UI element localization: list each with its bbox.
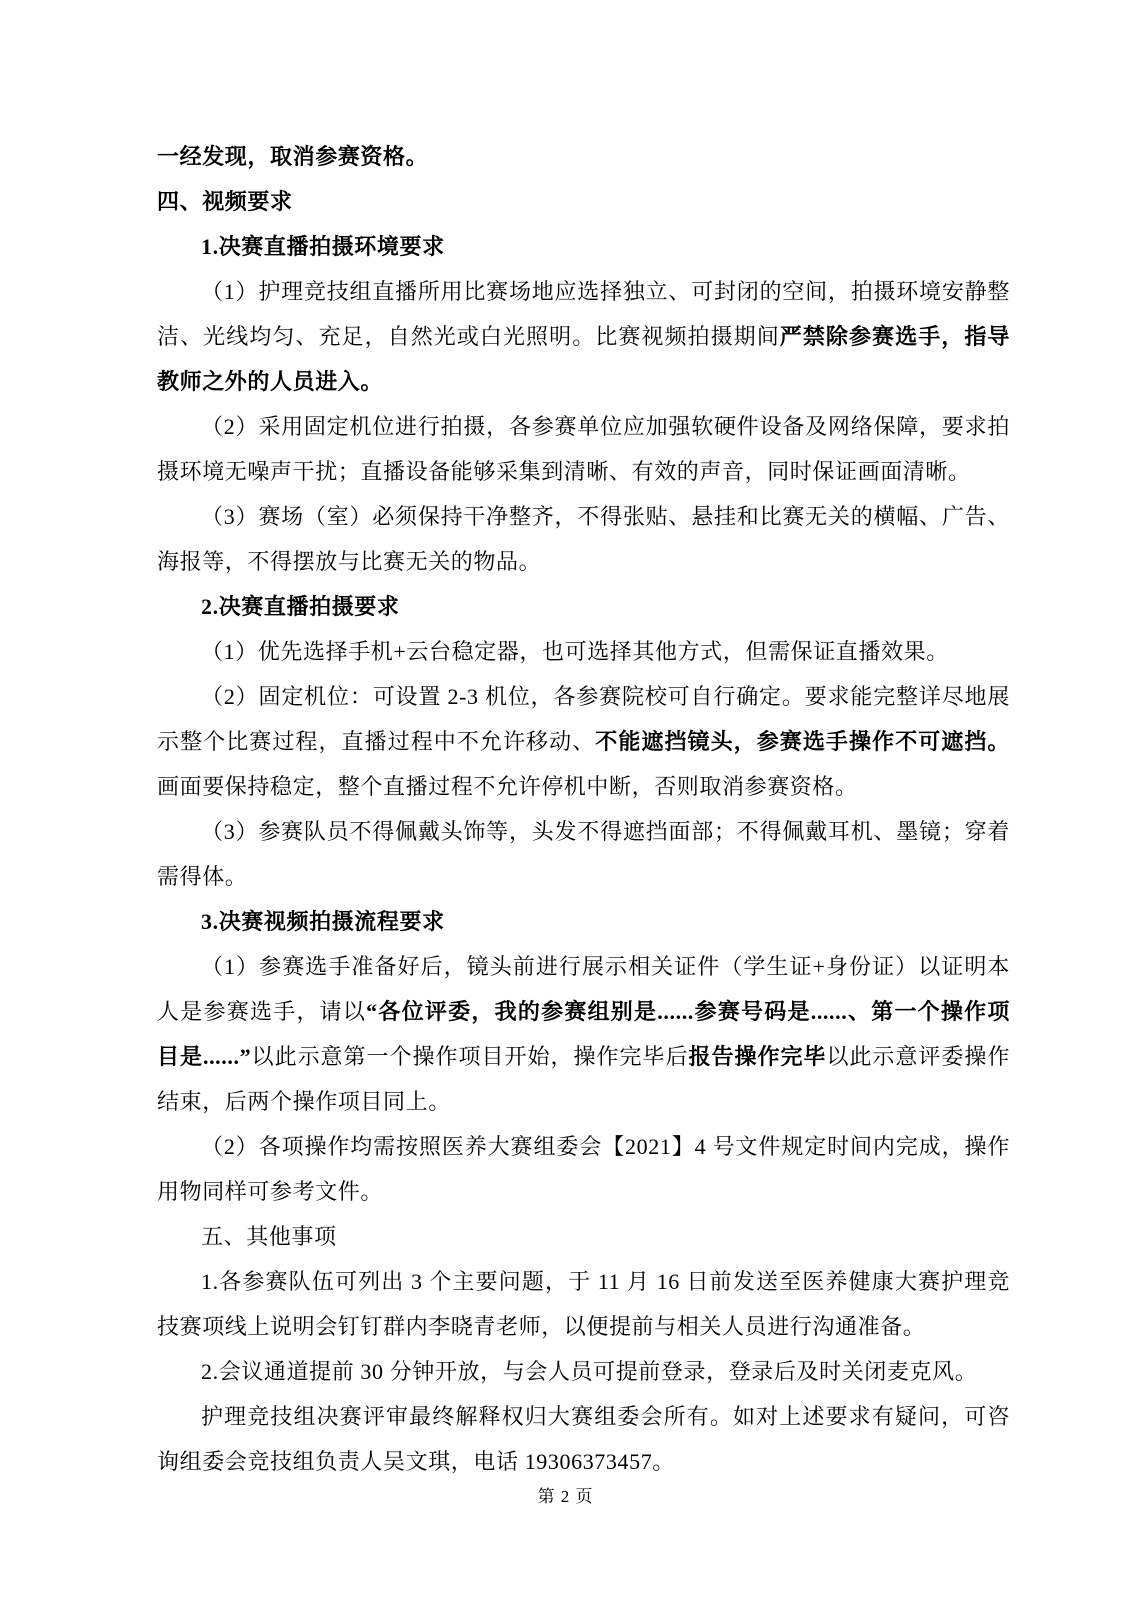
paragraph-process-1: （1）参赛选手准备好后，镜头前进行展示相关证件（学生证+身份证）以证明本人是参赛… bbox=[157, 944, 1010, 1124]
section-heading-other-matters: 五、其他事项 bbox=[157, 1214, 1010, 1259]
page-number-footer: 第 2 页 bbox=[0, 1482, 1131, 1507]
bold-text-run: 四、视频要求 bbox=[157, 189, 293, 214]
text-run: （2）采用固定机位进行拍摄，各参赛单位应加强软硬件设备及网络保障，要求拍摄环境无… bbox=[157, 414, 1010, 484]
text-run: （1）优先选择手机+云台稳定器，也可选择其他方式，但需保证直播效果。 bbox=[201, 639, 949, 664]
paragraph-env-3: （3）赛场（室）必须保持干净整齐，不得张贴、悬挂和比赛无关的横幅、广告、海报等，… bbox=[157, 494, 1010, 584]
bold-text-run: 2.决赛直播拍摄要求 bbox=[201, 594, 400, 619]
paragraph-shoot-3: （3）参赛队员不得佩戴头饰等，头发不得遮挡面部；不得佩戴耳机、墨镜；穿着需得体。 bbox=[157, 809, 1010, 899]
paragraph-closing: 护理竞技组决赛评审最终解释权归大赛组委会所有。如对上述要求有疑问，可咨询组委会竞… bbox=[157, 1394, 1010, 1484]
bold-text-run: 不能遮挡镜头，参赛选手操作不可遮挡。 bbox=[595, 729, 1010, 754]
paragraph-env-2: （2）采用固定机位进行拍摄，各参赛单位应加强软硬件设备及网络保障，要求拍摄环境无… bbox=[157, 404, 1010, 494]
document-page: 一经发现，取消参赛资格。四、视频要求1.决赛直播拍摄环境要求（1）护理竞技组直播… bbox=[0, 0, 1131, 1600]
continuation-paragraph: 一经发现，取消参赛资格。 bbox=[157, 134, 1010, 179]
section-heading-video-requirements: 四、视频要求 bbox=[157, 179, 1010, 224]
text-run: 护理竞技组决赛评审最终解释权归大赛组委会所有。如对上述要求有疑问，可咨询组委会竞… bbox=[157, 1404, 1010, 1474]
text-run: 五、其他事项 bbox=[201, 1224, 337, 1249]
paragraph-env-1: （1）护理竞技组直播所用比赛场地应选择独立、可封闭的空间，拍摄环境安静整洁、光线… bbox=[157, 269, 1010, 404]
document-body: 一经发现，取消参赛资格。四、视频要求1.决赛直播拍摄环境要求（1）护理竞技组直播… bbox=[157, 134, 1010, 1484]
bold-text-run: 3.决赛视频拍摄流程要求 bbox=[201, 909, 445, 934]
bold-text-run: 报告操作完毕 bbox=[688, 1044, 826, 1069]
text-run: 画面要保持稳定，整个直播过程不允许停机中断，否则取消参赛资格。 bbox=[157, 774, 858, 799]
paragraph-shoot-1: （1）优先选择手机+云台稳定器，也可选择其他方式，但需保证直播效果。 bbox=[157, 629, 1010, 674]
bold-text-run: 1.决赛直播拍摄环境要求 bbox=[201, 234, 445, 259]
paragraph-other-1: 1.各参赛队伍可列出 3 个主要问题，于 11 月 16 日前发送至医养健康大赛… bbox=[157, 1259, 1010, 1349]
text-run: 1.各参赛队伍可列出 3 个主要问题，于 11 月 16 日前发送至医养健康大赛… bbox=[157, 1269, 1010, 1339]
paragraph-other-2: 2.会议通道提前 30 分钟开放，与会人员可提前登录，登录后及时关闭麦克风。 bbox=[157, 1349, 1010, 1394]
text-run: （3）参赛队员不得佩戴头饰等，头发不得遮挡面部；不得佩戴耳机、墨镜；穿着需得体。 bbox=[157, 819, 1010, 889]
subheading-video-process-requirements: 3.决赛视频拍摄流程要求 bbox=[157, 899, 1010, 944]
bold-text-run: 一经发现，取消参赛资格。 bbox=[157, 144, 428, 169]
text-run: （3）赛场（室）必须保持干净整齐，不得张贴、悬挂和比赛无关的横幅、广告、海报等，… bbox=[157, 504, 1010, 574]
subheading-live-shooting-environment: 1.决赛直播拍摄环境要求 bbox=[157, 224, 1010, 269]
paragraph-process-2: （2）各项操作均需按照医养大赛组委会【2021】4 号文件规定时间内完成，操作用… bbox=[157, 1124, 1010, 1214]
text-run: （2）各项操作均需按照医养大赛组委会【2021】4 号文件规定时间内完成，操作用… bbox=[157, 1134, 1010, 1204]
text-run: 2.会议通道提前 30 分钟开放，与会人员可提前登录，登录后及时关闭麦克风。 bbox=[201, 1359, 977, 1384]
subheading-live-shooting-requirements: 2.决赛直播拍摄要求 bbox=[157, 584, 1010, 629]
paragraph-shoot-2: （2）固定机位：可设置 2-3 机位，各参赛院校可自行确定。要求能完整详尽地展示… bbox=[157, 674, 1010, 809]
text-run: 以此示意第一个操作项目开始，操作完毕后 bbox=[251, 1044, 688, 1069]
